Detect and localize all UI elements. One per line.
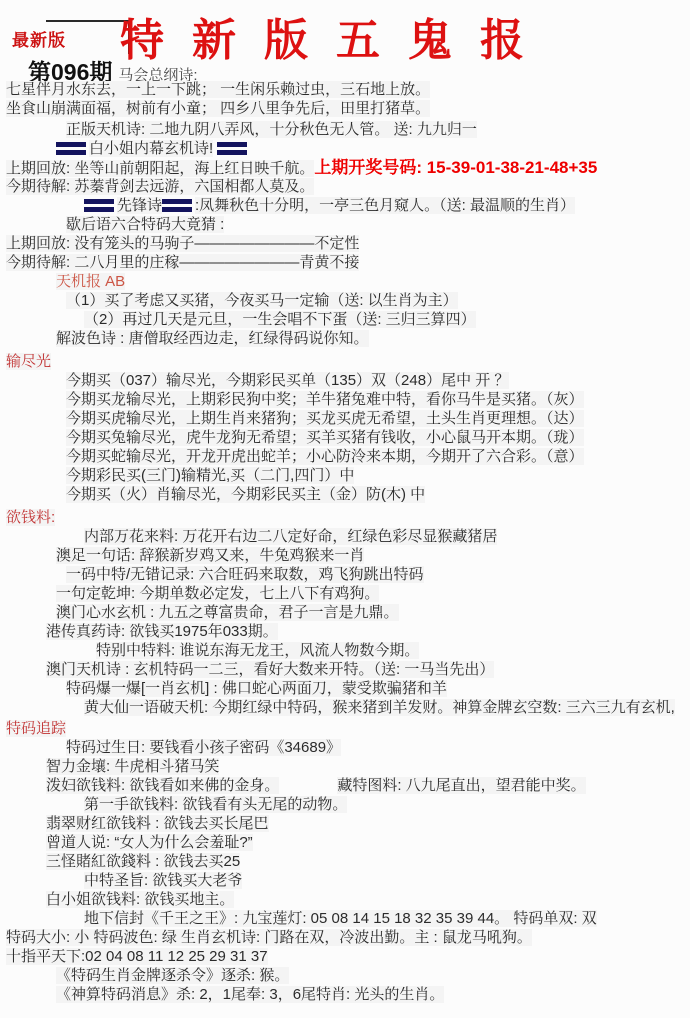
text-line: 智力金壤: 牛虎相斗猪马笑 (0, 757, 690, 776)
text-line: 泼妇欲钱料: 欲钱看如来佛的金身。藏特图料: 八九尾直出，望君能中奖。 (0, 776, 690, 795)
text-line: 地下信封《千王之王》: 九宝莲灯: 05 08 14 15 18 32 35 3… (0, 909, 690, 928)
poem-line: 七星伴月水东去，一上一下跳； 一生闲乐赖过虫，三石地上放。 (0, 80, 690, 99)
text-line: 特码过生日: 要钱看小孩子密码《34689》 (0, 738, 690, 757)
badge-bracket-line (46, 20, 130, 54)
text-line: 今期买（037）输尽光，今期彩民买单（135）双（248）尾中 开 ？ (0, 371, 690, 390)
text-line: 今期彩民买(三门)输精光,买（二门,四门）中 (0, 466, 690, 485)
text-line: 港传真药诗: 欲钱买1975年033期。 (0, 622, 690, 641)
text-line: 《特码生肖金牌逐杀令》逐杀: 猴。 (0, 966, 690, 985)
text-line: 歇后语六合特码大竟猜 : (0, 215, 690, 234)
text-line: 曾道人说: “女人为什么会羞耻?” (0, 833, 690, 852)
double-bar-icon (56, 142, 86, 155)
text-line: 翡翠财红欲钱料 : 欲钱去买长尾巴 (0, 814, 690, 833)
text-line: 解波色诗 : 唐僧取经西边走，红绿得码说你知。 (0, 329, 690, 348)
text-line: 今期买蛇输尽光，开龙开虎出蛇羊；小心防泠来本期，今期开了六合彩。（意） (0, 447, 690, 466)
text-line: 特别中特料: 谁说东海无龙王，风流人物数今期。 (0, 641, 690, 660)
text-line: 澳门心水玄机 : 九五之尊富贵命，君子一言是九鼎。 (0, 603, 690, 622)
text-line: 黄大仙一语破天机: 今期红绿中特码，猴来猪到羊发财。神算金牌玄空数: 三六三九有… (0, 698, 690, 717)
text-line: 上期回放: 没有笼头的马驹子————————不定性 (0, 234, 690, 253)
text-line: 内部万花来料: 万花开右边二八定好命，红绿色彩尽显猴藏猪居 (0, 527, 690, 546)
text-line: 中特圣旨: 欲钱买大老爷 (0, 871, 690, 890)
text-line: 今期买（火）肖输尽光，今期彩民买主（金）防(木) 中 (0, 485, 690, 504)
section-label: 输尽光 (0, 352, 690, 371)
text-line: 特码大小: 小 特码波色: 绿 生肖玄机诗: 门路在双，冷波出勤。主 : 鼠龙马… (0, 928, 690, 947)
tip-sheet-page: 最新版 特新版五鬼报 第096期马会总纲诗: 七星伴月水东去，一上一下跳； 一生… (0, 0, 690, 1018)
text-line: （1）买了考虑又买猪，今夜买马一定输（送: 以生肖为主） (0, 291, 690, 310)
text-line: 今期买虎输尽光，上期生肖来猪狗；买龙买虎无希望，土头生肖更理想。（达） (0, 409, 690, 428)
text-line: 十指平天下:02 04 08 11 12 25 29 31 37 (0, 947, 690, 966)
text-line: 《神算特码消息》杀: 2，1尾奉: 3，6尾特肖: 光头的生肖。 (0, 985, 690, 1004)
last-draw-numbers: 上期开奖号码: 15-39-01-38-21-48+35 (314, 158, 597, 177)
section-label: 欲钱料: (0, 508, 690, 527)
text-line: 澳足一句话: 辞猴新岁鸡又来，牛兔鸡猴来一肖 (0, 546, 690, 565)
text-line: 今期买兔输尽光，虎牛龙狗无希望；买羊买猪有钱收，小心鼠马开本期。（珑） (0, 428, 690, 447)
text-line: 正版天机诗: 二地九阴八弄风，十分秋色无人管。 送: 九九归一 (0, 120, 690, 139)
section-label: 天机报 AB (0, 272, 690, 291)
poem-line: 坐食山崩满面福，树前有小童； 四乡八里争先后，田里打猪草。 (0, 99, 690, 118)
text-line: 白小姐内幕玄机诗! (0, 139, 690, 158)
text-line: 今期买龙输尽光，上期彩民狗中奖；羊牛猪兔难中特，看你马牛是买猪。（灰） (0, 390, 690, 409)
text-line: 白小姐欲钱料: 欲钱买地主。 (0, 890, 690, 909)
text-line: 第一手欲钱料: 欲钱看有头无尾的动物。 (0, 795, 690, 814)
text-line: 澳门天机诗 : 玄机特码一二三，看好大数来开特。（送: 一马当先出） (0, 660, 690, 679)
text-line: 一码中特/无错记录: 六合旺码来取数，鸡飞狗跳出特码 (0, 565, 690, 584)
text-line: 上期回放: 坐等山前朝阳起，海上红日映千航。上期开奖号码: 15-39-01-3… (0, 158, 690, 177)
text-line: 三怪賭紅欲錢料 : 欲钱去买25 (0, 852, 690, 871)
text-line: 特码爆一爆[一肖玄机] : 佛口蛇心两面刀，蒙受欺骗猪和羊 (0, 679, 690, 698)
text-line: 一句定乾坤: 今期单数必定发，七上八下有鸡狗。 (0, 584, 690, 603)
text-line: 先锋诗:凤舞秋色十分明，一亭三色月窥人。（送: 最温顺的生肖） (0, 196, 690, 215)
section-label: 特码追踪 (0, 719, 690, 738)
document-body: 七星伴月水东去，一上一下跳； 一生闲乐赖过虫，三石地上放。 坐食山崩满面福，树前… (0, 80, 690, 1004)
text-line: （2）再过几天是元旦，一生会唱不下蛋（送: 三归三算四） (0, 310, 690, 329)
text-line: 今期待解: 二八月里的庄稼————————青黄不接 (0, 253, 690, 272)
double-bar-icon (217, 142, 247, 155)
double-bar-icon (84, 199, 114, 212)
zangte-tuliao: 藏特图料: 八九尾直出，望君能中奖。 (337, 777, 585, 794)
double-bar-icon (162, 199, 192, 212)
text-line: 今期待解: 苏蓁背剑去远游，六国相都人莫及。 (0, 177, 690, 196)
